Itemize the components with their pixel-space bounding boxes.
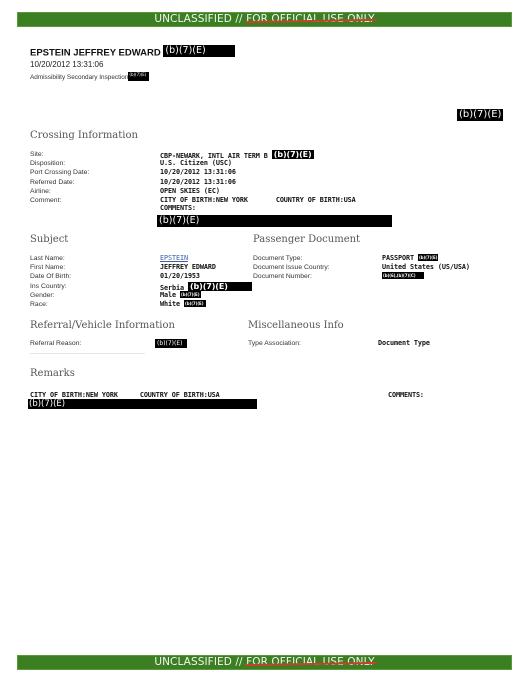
classification-struck-text: FOR OFFICIAL USE ONLY (246, 656, 375, 668)
race-value: White (b)(7)(E) (160, 300, 252, 309)
port-crossing-date-label: Port Crossing Date: (30, 168, 89, 177)
subject-values: EPSTEIN JEFFREY EDWARD 01/20/1953 Serbia… (160, 254, 252, 309)
redaction-box-right: (b)(7)(E) (457, 109, 503, 121)
remarks-city: CITY OF BIRTH:NEW YORK (30, 391, 118, 399)
airline-label: Airline: (30, 187, 89, 196)
crossing-labels: Site: Disposition: Port Crossing Date: R… (30, 150, 89, 205)
race-text: White (160, 300, 180, 308)
redaction-box: (b)(7)(E) (418, 254, 438, 261)
document-number-value: (b)(6),(b)(7)(C) (382, 272, 470, 281)
gender-label: Gender: (30, 291, 71, 300)
classification-struck-text: FOR OFFICIAL USE ONLY (246, 13, 375, 25)
remarks-redaction-box: (b)(7)(E) (28, 399, 257, 409)
referral-vehicle-heading: Referral/Vehicle Information (30, 320, 175, 331)
redaction-box: (b)(7)(E) (188, 282, 252, 291)
subject-name-heading: EPSTEIN JEFFREY EDWARD (30, 48, 161, 59)
crossing-information-heading: Crossing Information (30, 130, 138, 141)
port-crossing-date-value: 10/20/2012 13:31:06 (160, 168, 356, 177)
disposition-label: Disposition: (30, 159, 89, 168)
redaction-box: (b)(7)(E) (128, 72, 149, 81)
section-divider (30, 353, 145, 354)
comment-country: COUNTRY OF BIRTH:USA (276, 196, 356, 204)
classification-prefix: UNCLASSIFIED // (154, 656, 246, 668)
document-type-text: PASSPORT (382, 254, 414, 262)
type-association-label: Type Association: (248, 339, 301, 348)
classification-banner-bottom: UNCLASSIFIED // FOR OFFICIAL USE ONLY (17, 655, 512, 670)
document-issue-country-label: Document Issue Country: (253, 263, 330, 272)
inspection-type-text: Admissibility Secondary Inspection (30, 74, 128, 81)
passenger-document-heading: Passenger Document (253, 234, 360, 245)
referred-date-value: 10/20/2012 13:31:06 (160, 178, 356, 187)
race-label: Race: (30, 300, 71, 309)
subject-labels: Last Name: First Name: Date Of Birth: In… (30, 254, 71, 309)
airline-value: OPEN SKIES (EC) (160, 187, 356, 196)
document-type-value: PASSPORT (b)(7)(E) (382, 254, 470, 263)
document-number-label: Document Number: (253, 272, 330, 281)
first-name-label: First Name: (30, 263, 71, 272)
ins-country-label: Ins Country: (30, 282, 71, 291)
classification-prefix: UNCLASSIFIED // (154, 13, 246, 25)
referred-date-label: Referred Date: (30, 178, 89, 187)
crossing-values: CBP-NEWARK, INTL AIR TERM B (b)(7)(E) U.… (160, 150, 356, 212)
redaction-box: (b)(6),(b)(7)(C) (382, 272, 424, 279)
dob-label: Date Of Birth: (30, 272, 71, 281)
miscellaneous-info-heading: Miscellaneous Info (248, 320, 344, 331)
redaction-box: (b)(7)(E) (272, 150, 314, 159)
gender-text: Male (160, 291, 176, 299)
ins-country-value: Serbia (b)(7)(E) (160, 282, 252, 291)
redaction-box: (b)(7)(E) (180, 291, 201, 298)
comment-redaction-box: (b)(7)(E) (157, 215, 392, 227)
comment-label: Comment: (30, 196, 89, 205)
dob-value: 01/20/1953 (160, 272, 252, 281)
passenger-document-labels: Document Type: Document Issue Country: D… (253, 254, 330, 282)
classification-banner-top: UNCLASSIFIED // FOR OFFICIAL USE ONLY (17, 12, 512, 27)
first-name-value: JEFFREY EDWARD (160, 263, 252, 272)
gender-value: Male (b)(7)(E) (160, 291, 252, 300)
record-datetime: 10/20/2012 13:31:06 (30, 60, 103, 69)
last-name-row: EPSTEIN (160, 254, 252, 263)
document-issue-country-value: United States (US/USA) (382, 263, 470, 272)
comment-city: CITY OF BIRTH:NEW YORK (160, 196, 248, 204)
passenger-document-values: PASSPORT (b)(7)(E) United States (US/USA… (382, 254, 470, 282)
redaction-box: (b)(7)(E) (184, 300, 206, 307)
comment-comments: COMMENTS: (160, 205, 356, 212)
redaction-box: (b)(7)(E) (163, 45, 235, 57)
subject-heading: Subject (30, 234, 68, 245)
inspection-type: Admissibility Secondary Inspection(b)(7)… (30, 72, 149, 81)
remarks-comments: COMMENTS: (388, 391, 424, 400)
site-value: CBP-NEWARK, INTL AIR TERM B (b)(7)(E) (160, 150, 356, 159)
last-name-label: Last Name: (30, 254, 71, 263)
referral-reason-label: Referral Reason: (30, 339, 81, 348)
document-type-label: Document Type: (253, 254, 330, 263)
remarks-country: COUNTRY OF BIRTH:USA (140, 391, 220, 399)
remarks-heading: Remarks (30, 368, 75, 379)
type-association-value: Document Type (378, 339, 430, 348)
site-label: Site: (30, 150, 89, 159)
referral-reason-redaction: (b)(7)(E) (155, 339, 187, 348)
disposition-value: U.S. Citizen (USC) (160, 159, 356, 168)
last-name-link[interactable]: EPSTEIN (160, 254, 188, 262)
record-title: EPSTEIN JEFFREY EDWARD (b)(7)(E) (30, 45, 235, 59)
